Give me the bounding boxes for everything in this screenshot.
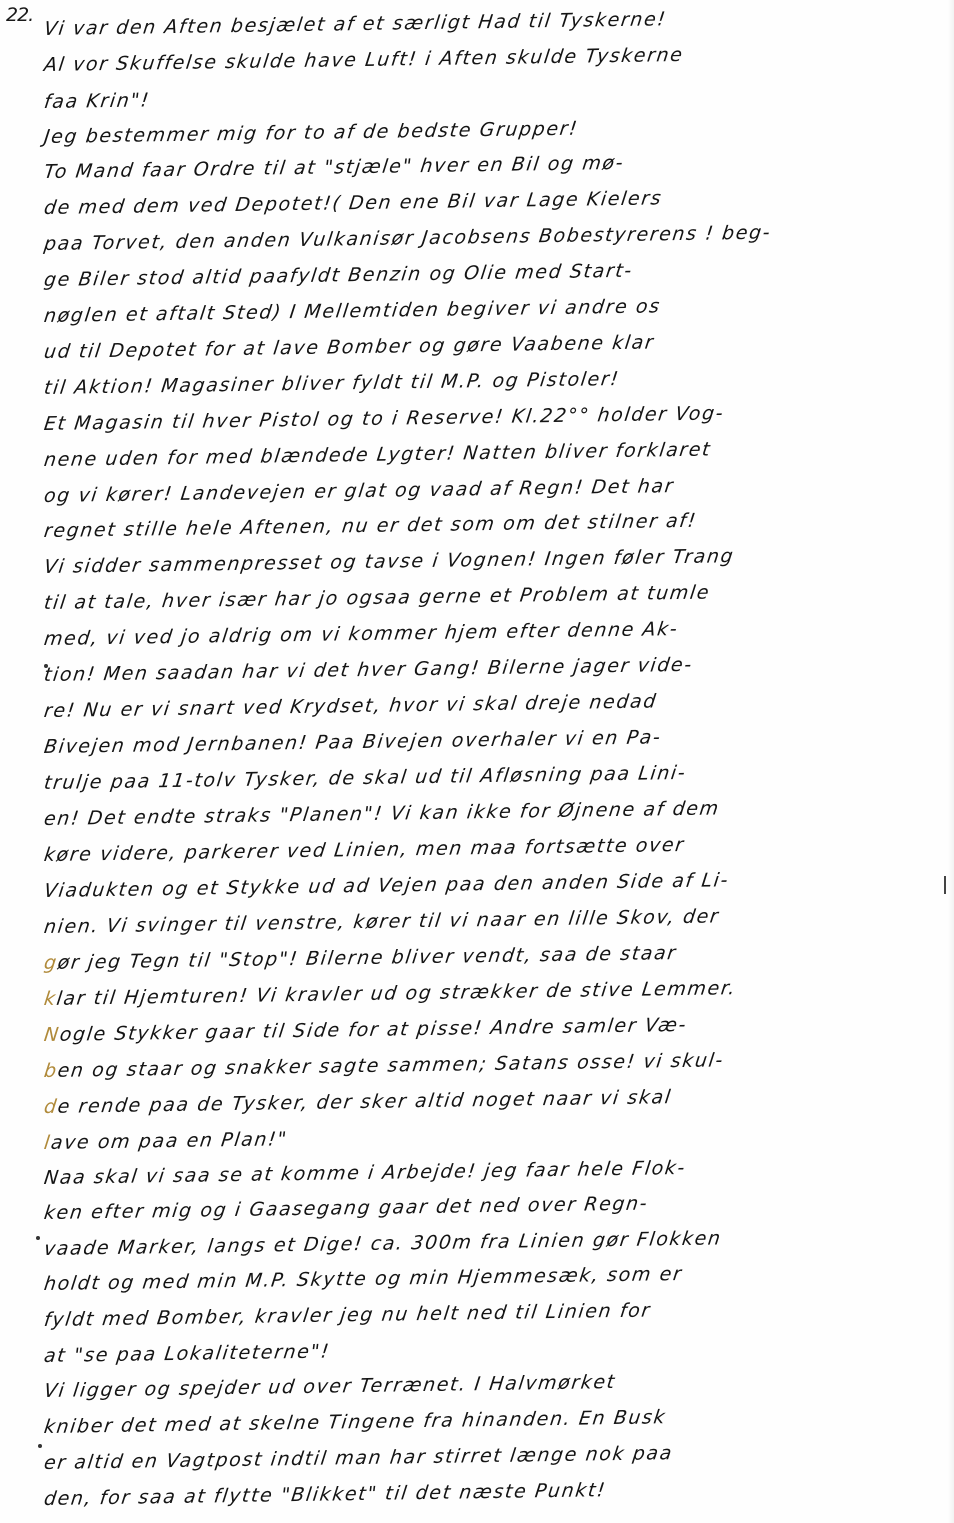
text-line: Vi var den Aften besjælet af et særligt … — [43, 10, 668, 39]
text-line: vaade Marker, langs et Dige! ca. 300m fr… — [43, 1229, 723, 1259]
text-line: med, vi ved jo aldrig om vi kommer hjem … — [43, 620, 680, 649]
text-line: ben og staar og snakker sagte sammen; Sa… — [43, 1051, 725, 1081]
text-line: køre videre, parkerer ved Linien, men ma… — [43, 836, 686, 865]
text-line: en! Det endte straks "Planen"! Vi kan ik… — [43, 799, 721, 829]
text-line: faa Krin"! — [43, 91, 151, 112]
text-line: til Aktion! Magasiner bliver fyldt til M… — [43, 370, 621, 398]
page-edge-shadow — [948, 0, 954, 1523]
text-line: re! Nu er vi snart ved Krydset, hvor vi … — [43, 692, 658, 721]
text-line: den, for saa at flytte "Blikket" til det… — [43, 1481, 608, 1509]
text-line: Bivejen mod Jernbanen! Paa Bivejen overh… — [43, 728, 663, 757]
text-line: nien. Vi svinger til venstre, kører til … — [43, 907, 721, 937]
text-line: og vi kører! Landevejen er glat og vaad … — [43, 477, 675, 506]
text-line: To Mand faar Ordre til at "stjæle" hver … — [43, 154, 626, 182]
text-line: fyldt med Bomber, kravler jeg nu helt ne… — [43, 1301, 652, 1330]
text-line: Vi ligger og spejder ud over Terrænet. I… — [43, 1373, 617, 1401]
margin-mark — [38, 1444, 42, 1448]
text-line: ud til Depotet for at lave Bomber og gør… — [43, 333, 656, 362]
text-line: paa Torvet, den anden Vulkanisør Jacobse… — [43, 224, 773, 254]
text-line: er altid en Vagtpost indtil man har stir… — [43, 1444, 674, 1473]
text-line: nøglen et aftalt Sted) I Mellemtiden beg… — [43, 297, 662, 326]
text-line: Al vor Skuffelse skulde have Luft! i Aft… — [43, 46, 685, 75]
text-line: nene uden for med blændede Lygter! Natte… — [43, 440, 713, 470]
text-line: Jeg bestemmer mig for to af de bedste Gr… — [43, 120, 580, 147]
text-line: til at tale, hver især har jo ogsaa gern… — [43, 584, 711, 614]
text-line: ken efter mig og i Gaasegang gaar det ne… — [43, 1194, 650, 1223]
text-line: regnet stille hele Aftenen, nu er det so… — [43, 512, 698, 541]
text-line: de med dem ved Depotet!( Den ene Bil var… — [43, 189, 664, 218]
text-line: de rende paa de Tysker, der sker altid n… — [43, 1088, 673, 1117]
margin-mark — [36, 1236, 40, 1240]
text-line: tion! Men saadan har vi det hver Gang! B… — [43, 656, 694, 685]
text-line: kniber det med at skelne Tingene fra hin… — [43, 1408, 668, 1437]
margin-mark — [944, 876, 946, 894]
text-line: lave om paa en Plan!" — [43, 1130, 289, 1153]
text-line: trulje paa 11-tolv Tysker, de skal ud ti… — [43, 764, 688, 793]
text-line: Nogle Stykker gaar til Side for at pisse… — [43, 1016, 688, 1045]
text-line: ge Biler stod altid paafyldt Benzin og O… — [43, 262, 634, 290]
page-number: 22. — [6, 4, 33, 26]
text-line: Naa skal vi saa se at komme i Arbejde! j… — [43, 1159, 687, 1188]
margin-mark — [44, 664, 48, 668]
manuscript-page: 22. Vi var den Aften besjælet af et særl… — [0, 0, 954, 1523]
text-line: Et Magasin til hver Pistol og to i Reser… — [43, 404, 725, 434]
text-line: at "se paa Lokaliteterne"! — [43, 1342, 331, 1366]
text-line: Viadukten og et Stykke ud ad Vejen paa d… — [43, 871, 730, 901]
text-line: klar til Hjemturen! Vi kravler ud og str… — [43, 979, 738, 1009]
text-line: Vi sidder sammenpresset og tavse i Vogne… — [43, 547, 736, 577]
text-line: gør jeg Tegn til "Stop"! Bilerne bliver … — [43, 944, 678, 973]
text-line: holdt og med min M.P. Skytte og min Hjem… — [43, 1265, 684, 1294]
